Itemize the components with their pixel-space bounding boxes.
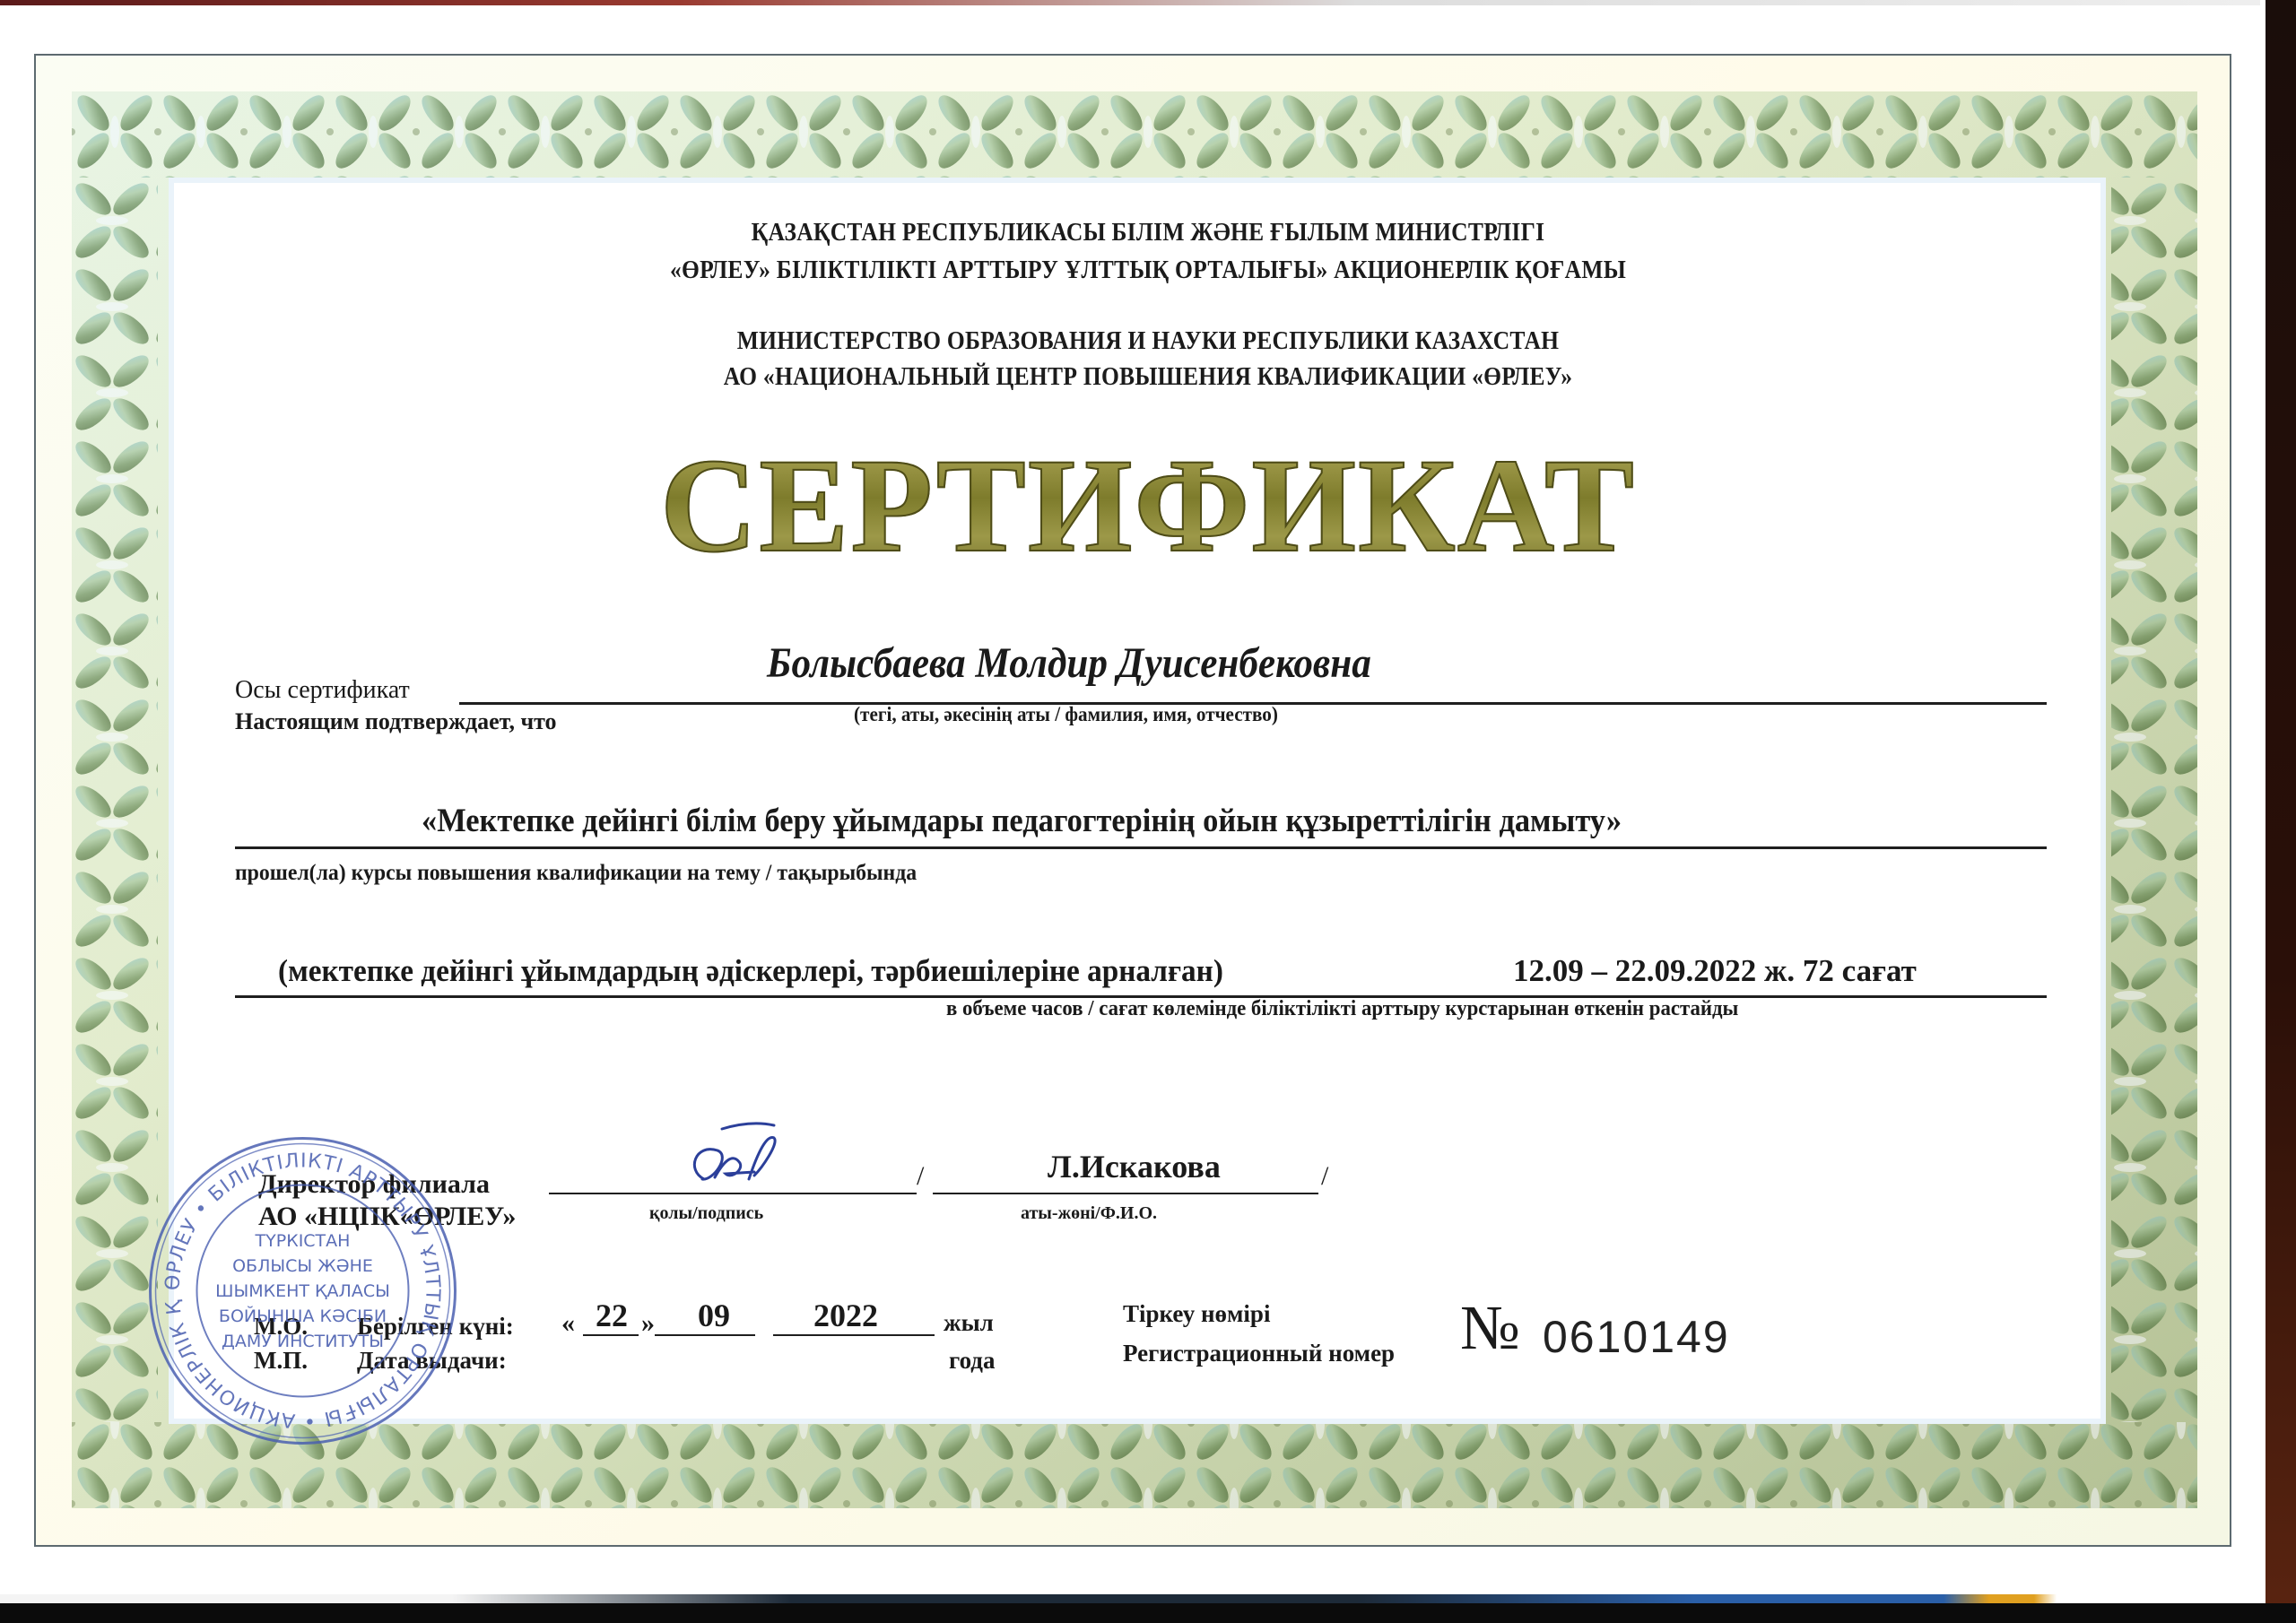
header-kz-ministry: ҚАЗАҚСТАН РЕСПУБЛИКАСЫ БІЛІМ ЖӘНЕ ҒЫЛЫМ … [138, 218, 2159, 247]
recipient-name: Болысбаева Молдир Дуисенбековна [767, 638, 1371, 688]
year-label-kz: жыл [944, 1309, 994, 1337]
issue-year: 2022 [813, 1297, 878, 1334]
signatory-name-caption: аты-жөні/Ф.И.О. [1021, 1203, 1157, 1224]
issue-date-label-kz: Берілген күні: [357, 1313, 514, 1341]
recipient-name-hint: (тегі, аты, әкесінің аты / фамилия, имя,… [854, 703, 1278, 726]
seal-label-kz: М.О. [254, 1313, 308, 1341]
photo-edge-right [2266, 0, 2296, 1623]
recipient-label-kz: Осы сертификат [235, 676, 410, 705]
signature-line [549, 1193, 917, 1194]
course-audience: (мектепке дейінгі ұйымдардың әдіскерлері… [278, 953, 1223, 989]
course-dates-hours: 12.09 – 22.09.2022 ж. 72 сағат [1513, 953, 1917, 989]
quote-open: « [561, 1308, 575, 1339]
header-kz-orleu: «ӨРЛЕУ» БІЛІКТІЛІКТІ АРТТЫРУ ҰЛТТЫҚ ОРТА… [138, 256, 2159, 285]
registration-number: 0610149 [1543, 1311, 1730, 1363]
signatory-name: Л.Искакова [1048, 1148, 1221, 1185]
signatory-position-line1: Директор филиала [258, 1169, 490, 1200]
photo-edge-top [0, 0, 2260, 5]
month-underline [655, 1334, 755, 1336]
recipient-label-ru: Настоящим подтверждает, что [235, 708, 557, 735]
certificate-title: СЕРТИФИКАТ [0, 429, 2296, 583]
header-ru-orleu: АО «НАЦИОНАЛЬНЫЙ ЦЕНТР ПОВЫШЕНИЯ КВАЛИФИ… [138, 362, 2159, 392]
course-underline [235, 846, 2047, 849]
fio-line [933, 1193, 1318, 1194]
course-topic: «Мектепке дейінгі білім беру ұйымдары пе… [422, 802, 1622, 840]
issue-date-label-ru: Дата выдачи: [357, 1347, 507, 1375]
seal-label-ru: М.П. [254, 1347, 308, 1375]
day-underline [583, 1334, 639, 1336]
course-volume-label: в объеме часов / сағат көлемінде білікті… [946, 997, 1738, 1021]
signatory-position-line2: АО «НЦПК«ӨРЛЕУ» [258, 1202, 516, 1232]
header-ru-ministry: МИНИСТЕРСТВО ОБРАЗОВАНИЯ И НАУКИ РЕСПУБЛ… [138, 326, 2159, 356]
registration-label-ru: Регистрационный номер [1123, 1340, 1395, 1367]
fio-slash: / [1321, 1161, 1328, 1192]
photo-edge-stripe [0, 1594, 2260, 1603]
issue-day: 22 [596, 1297, 628, 1334]
signature-slash: / [917, 1161, 924, 1192]
issue-month: 09 [698, 1297, 730, 1334]
year-label-ru: года [949, 1347, 995, 1375]
number-sign: № [1460, 1293, 1520, 1365]
signature-caption: қолы/подпись [649, 1203, 763, 1224]
year-underline [773, 1334, 935, 1336]
registration-label-kz: Тіркеу нөмірі [1123, 1300, 1270, 1328]
photo-edge-bottom [0, 1603, 2296, 1623]
quote-close: » [641, 1308, 655, 1339]
course-passed-label: прошел(ла) курсы повышения квалификации … [235, 861, 917, 886]
